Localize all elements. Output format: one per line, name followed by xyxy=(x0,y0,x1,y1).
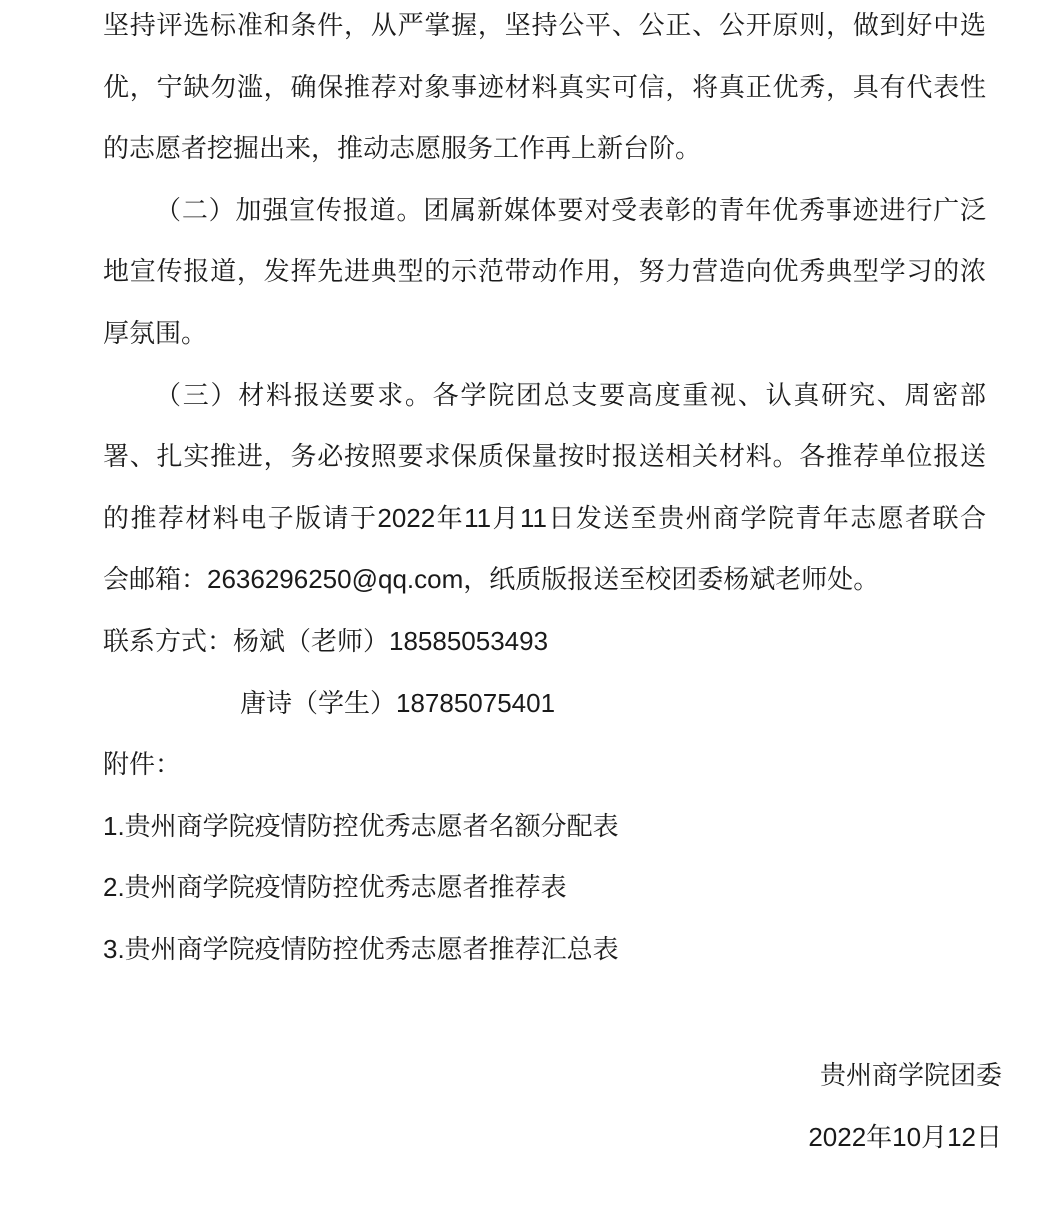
body-line: 厚氛围。 xyxy=(103,303,986,365)
paragraph-publicity: （二）加强宣传报道。团属新媒体要对受表彰的青年优秀事迹进行广泛 地宣传报道，发挥… xyxy=(103,180,986,365)
attachment-item-2: 2.贵州商学院疫情防控优秀志愿者推荐表 xyxy=(103,857,986,919)
contact-info: 联系方式：杨斌（老师）18585053493 唐诗（学生）18785075401 xyxy=(103,611,986,734)
attachment-item-1: 1.贵州商学院疫情防控优秀志愿者名额分配表 xyxy=(103,796,986,858)
signature-date: 2022年10月12日 xyxy=(103,1107,1002,1169)
body-line-email: 会邮箱：2636296250@qq.com，纸质版报送至校团委杨斌老师处。 xyxy=(103,549,986,611)
body-line: 署、扎实推进，务必按照要求保质保量按时报送相关材料。各推荐单位报送 xyxy=(103,426,986,488)
contact-student-line: 唐诗（学生）18785075401 xyxy=(103,673,986,735)
attachments-label: 附件： xyxy=(103,734,986,796)
body-line: 坚持评选标准和条件，从严掌握，坚持公平、公正、公开原则，做到好中选 xyxy=(103,0,986,57)
body-line: （三）材料报送要求。各学院团总支要高度重视、认真研究、周密部 xyxy=(103,365,986,427)
paragraph-material-submission: （三）材料报送要求。各学院团总支要高度重视、认真研究、周密部 署、扎实推进，务必… xyxy=(103,365,986,611)
signature-block: 贵州商学院团委 2022年10月12日 xyxy=(103,1045,986,1168)
contact-teacher-line: 联系方式：杨斌（老师）18585053493 xyxy=(103,611,986,673)
body-line: 的志愿者挖掘出来，推动志愿服务工作再上新台阶。 xyxy=(103,118,986,180)
document-page: { "page": { "background_color": "#ffffff… xyxy=(0,0,1062,1225)
attachments-list: 附件： 1.贵州商学院疫情防控优秀志愿者名额分配表 2.贵州商学院疫情防控优秀志… xyxy=(103,734,986,980)
paragraph-evaluation-criteria: 坚持评选标准和条件，从严掌握，坚持公平、公正、公开原则，做到好中选 优，宁缺勿滥… xyxy=(103,0,986,180)
body-line: 的推荐材料电子版请于2022年11月11日发送至贵州商学院青年志愿者联合 xyxy=(103,488,986,550)
body-line: 优，宁缺勿滥，确保推荐对象事迹材料真实可信，将真正优秀，具有代表性 xyxy=(103,57,986,119)
document-body: 坚持评选标准和条件，从严掌握，坚持公平、公正、公开原则，做到好中选 优，宁缺勿滥… xyxy=(103,0,986,1168)
signature-organization: 贵州商学院团委 xyxy=(103,1045,1002,1107)
body-line: 地宣传报道，发挥先进典型的示范带动作用，努力营造向优秀典型学习的浓 xyxy=(103,241,986,303)
body-line: （二）加强宣传报道。团属新媒体要对受表彰的青年优秀事迹进行广泛 xyxy=(103,180,986,242)
attachment-item-3: 3.贵州商学院疫情防控优秀志愿者推荐汇总表 xyxy=(103,919,986,981)
